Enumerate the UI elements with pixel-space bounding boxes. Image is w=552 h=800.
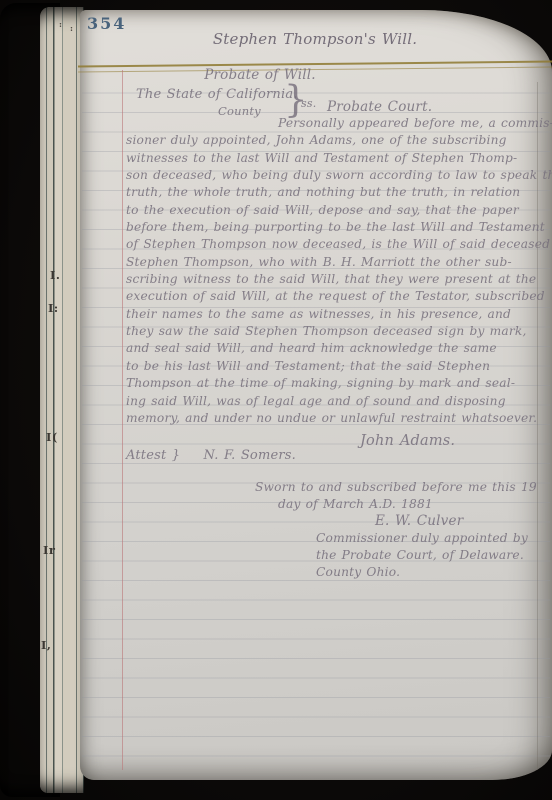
deposition-line: truth, the whole truth, and nothing but … (126, 185, 546, 202)
index-tab: I, (41, 638, 51, 652)
deposition-line: memory, and under no undue or unlawful r… (126, 411, 546, 428)
index-tab: I: (48, 301, 59, 315)
deposition-line: before them, being purporting to be the … (126, 220, 546, 237)
underpage-fore-edge (40, 7, 84, 793)
jurat-line-1: Sworn to and subscribed before me this 1… (255, 480, 537, 494)
deposition-line: to be his last Will and Testament; that … (126, 359, 546, 376)
jurat-line-2: day of March A.D. 1881 (278, 497, 433, 511)
deposition-line: ing said Will, was of legal age and of s… (126, 394, 546, 411)
index-tab: Ir (43, 543, 55, 557)
index-tab: I. (50, 268, 60, 282)
page-edge-mark: : (59, 19, 62, 29)
deposition-line: son deceased, who being duly sworn accor… (126, 168, 546, 185)
deposition-line: Stephen Thompson, who with B. H. Marriot… (126, 255, 546, 272)
commissioner-title-line: the Probate Court, of Delaware. (316, 548, 528, 565)
deposition-line: their names to the same as witnesses, in… (126, 307, 546, 324)
deposition-line: Personally appeared before me, a commis- (126, 116, 546, 133)
commissioner-title-line: County Ohio. (316, 565, 528, 582)
document-title: Stephen Thompson's Will. (190, 30, 440, 48)
attest-row: Attest } N. F. Somers. (126, 448, 296, 463)
attest-label: Attest } (126, 448, 180, 463)
court-name: Probate Court. (327, 99, 432, 115)
deposition-line: Thompson at the time of making, signing … (126, 376, 546, 393)
commissioner-title-line: Commissioner duly appointed by (316, 531, 528, 548)
deposition-line: scribing witness to the said Will, that … (126, 272, 546, 289)
venue-ss: ss. (301, 97, 316, 110)
scanned-ledger-photo: : : I. I: I( Ir I, 354 Stephen Thompson'… (0, 0, 552, 800)
deposition-line: witnesses to the last Will and Testament… (126, 151, 546, 168)
ledger-page: 354 Stephen Thompson's Will. Probate of … (80, 10, 552, 780)
deposition-text: Personally appeared before me, a commis-… (126, 116, 546, 428)
commissioner-title: Commissioner duly appointed by the Proba… (316, 531, 528, 581)
deposition-line: to the execution of said Will, depose an… (126, 203, 546, 220)
deposition-line: and seal said Will, and heard him acknow… (126, 341, 546, 358)
deposition-line: sioner duly appointed, John Adams, one o… (126, 133, 546, 150)
page-edge-mark: : (70, 23, 73, 33)
witness-signature: John Adams. (360, 433, 455, 449)
deposition-line: they saw the said Stephen Thompson decea… (126, 324, 546, 341)
attest-signature: N. F. Somers. (204, 448, 296, 463)
commissioner-signature: E. W. Culver (375, 513, 463, 529)
page-number: 354 (87, 14, 126, 33)
deposition-line: execution of said Will, at the request o… (126, 289, 546, 306)
red-margin-line (122, 70, 123, 770)
deposition-line: of Stephen Thompson now deceased, is the… (126, 237, 546, 254)
venue-state: The State of California. (136, 87, 298, 102)
index-tab: I( (46, 430, 58, 444)
